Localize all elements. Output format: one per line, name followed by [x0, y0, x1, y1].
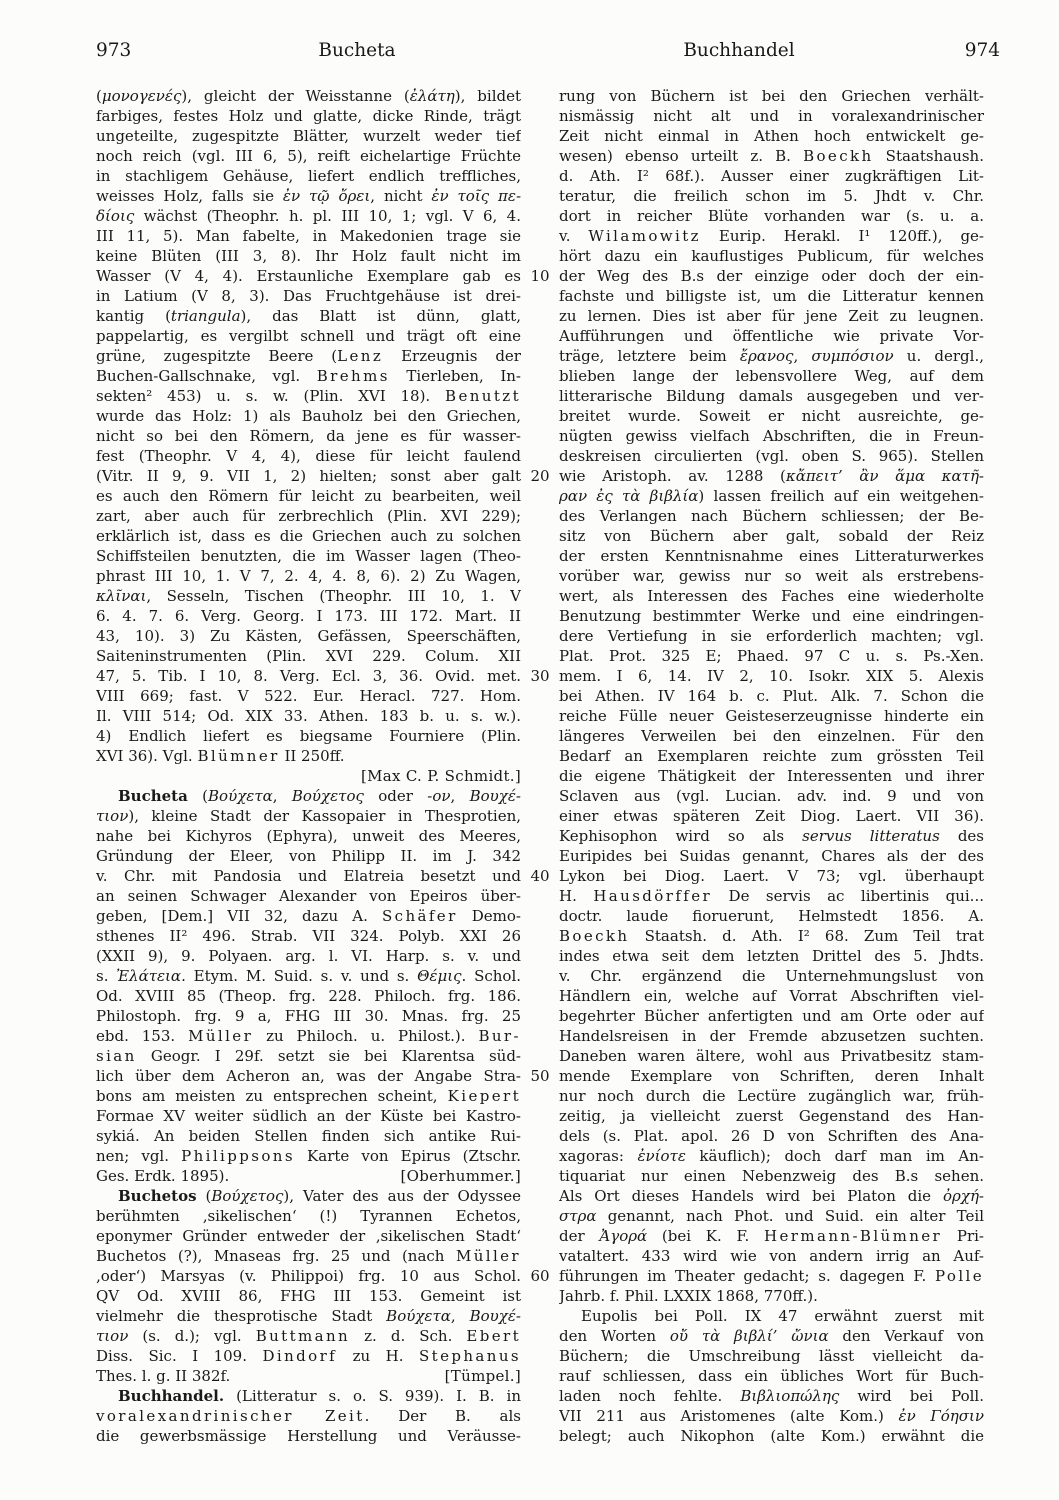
italic-text: ὀρχή-	[943, 1187, 984, 1205]
text-line: lich über dem Acheron an, was der Angabe…	[96, 1066, 521, 1086]
italic-text: Βουχέ-	[470, 1307, 521, 1325]
spaced-name: Boeckh	[559, 927, 629, 945]
text-line: [Max C. P. Schmidt.]	[96, 766, 521, 786]
gutter-line-number: 10	[521, 266, 559, 286]
text-line: indes etwa seit dem letzten Drittel des …	[559, 946, 984, 966]
text-line: Büchern; die Umschreibung lässt vielleic…	[559, 1346, 984, 1366]
gutter-line-number: 50	[521, 1066, 559, 1086]
spaced-name: Müller	[188, 1027, 253, 1045]
text-line: VIII 669; fast. V 522. Eur. Heracl. 727.…	[96, 686, 521, 706]
text-line: στρα genannt, nach Phot. und Suid. ein a…	[559, 1206, 984, 1226]
text-line: Daneben waren ältere, wohl aus Privatbes…	[559, 1046, 984, 1066]
text-line: κλῖναι, Sesseln, Tischen (Theophr. III 1…	[96, 586, 521, 606]
spaced-name: Ebert	[466, 1327, 521, 1345]
text-line: nen; vgl. Philippsons Karte von Epirus (…	[96, 1146, 521, 1166]
text-line: Buchhandel. (Litteratur s. o. S. 939). I…	[96, 1386, 521, 1406]
text-line: wesen) ebenso urteilt z. B. Boeckh Staat…	[559, 146, 984, 166]
text-line: nismässig nicht alt und in voralexandrin…	[559, 106, 984, 126]
text-line: vataltert. 433 wird wie von andern irrig…	[559, 1246, 984, 1266]
author-attribution: [Max C. P. Schmidt.]	[361, 766, 521, 786]
text-line: phrast III 10, 1. V 7, 2. 4, 4. 8, 6). 2…	[96, 566, 521, 586]
text-line: 6. 4. 7. 6. Verg. Georg. I 173. III 172.…	[96, 606, 521, 626]
text-line: [Tümpel.]Thes. l. g. II 382f.	[96, 1366, 521, 1386]
text-line: sykiá. An beiden Stellen finden sich ant…	[96, 1126, 521, 1146]
italic-text: τιον	[96, 1327, 128, 1345]
text-line: berühmten ‚sikelischen‘ (!) Tyrannen Ech…	[96, 1206, 521, 1226]
left-column: (μονογενές), gleicht der Weisstanne (ἐλά…	[96, 86, 521, 1446]
text-line: Boeckh Staatsh. d. Ath. I² 68. Zum Teil …	[559, 926, 984, 946]
text-line: einer etwas späteren Zeit Diog. Laert. V…	[559, 806, 984, 826]
text-line: mende Exemplare von Schriften, deren Inh…	[559, 1066, 984, 1086]
italic-text: Βουχέ-	[470, 787, 521, 805]
text-line: zu lernen. Dies ist aber für jene Zeit z…	[559, 306, 984, 326]
spaced-name: voralexandrinischer Zeit	[96, 1407, 365, 1425]
italic-text: μονογενές	[102, 87, 182, 105]
spaced-name: Bur-	[478, 1027, 521, 1045]
text-line: Buchetos (?), Mnaseas frg. 25 und (nach …	[96, 1246, 521, 1266]
text-line: (μονογενές), gleicht der Weisstanne (ἐλά…	[96, 86, 521, 106]
text-line: 4) Endlich liefert es biegsame Fourniere…	[96, 726, 521, 746]
text-line: QV Od. XVIII 86, FHG III 153. Gemeint is…	[96, 1286, 521, 1306]
text-line: an seinen Schwager Alexander von Epeiros…	[96, 886, 521, 906]
text-line: des Verlangen nach Büchern schliessen; d…	[559, 506, 984, 526]
text-line: τιον), kleine Stadt der Kassopaier in Th…	[96, 806, 521, 826]
text-line: führungen im Theater gedacht; s. dagegen…	[559, 1266, 984, 1286]
running-title-left: Bucheta	[166, 40, 548, 61]
spaced-name: Brehms	[317, 367, 390, 385]
text-line: VII 211 aus Aristomenes (alte Kom.) ἐν Γ…	[559, 1406, 984, 1426]
text-line: in stachligem Gehäuse, liefert endlich t…	[96, 166, 521, 186]
running-header: 973 Bucheta Buchhandel 974	[96, 40, 1000, 66]
italic-text: οὔ τὰ βιβλί’ ὤνια	[670, 1327, 829, 1345]
text-line: rauf schliessen, dass ein übliches Wort …	[559, 1366, 984, 1386]
text-line: Formae XV weiter südlich an der Küste be…	[96, 1106, 521, 1126]
spaced-name: Schäfer	[382, 907, 458, 925]
text-line: sekten² 453) u. s. w. (Plin. XVI 18). Be…	[96, 386, 521, 406]
text-line: xagoras: ἐνίοτε käuflich); doch darf man…	[559, 1146, 984, 1166]
text-line: eponymer Gründer entweder der ‚sikelisch…	[96, 1226, 521, 1246]
text-line: bons am meisten zu entsprechen scheint, …	[96, 1086, 521, 1106]
italic-text: Θέμις	[417, 967, 461, 985]
text-line: längeres Verweilen bei den einzelnen. Fü…	[559, 726, 984, 746]
italic-text: ἐν τοῖς πε-	[431, 187, 521, 205]
text-line: τιον (s. d.); vgl. Buttmann z. d. Sch. E…	[96, 1326, 521, 1346]
text-line: belegt; auch Nikophon (alte Kom.) erwähn…	[559, 1426, 984, 1446]
text-line: vorüber war, gewiss nur so weit als erst…	[559, 566, 984, 586]
text-line: in Latium (V 8, 3). Das Fruchtgehäuse is…	[96, 286, 521, 306]
text-line: die eigene Thätigkeit der Interessenten …	[559, 766, 984, 786]
text-line: III 11, 5). Man fabelte, in Makedonien t…	[96, 226, 521, 246]
text-line: δίοις wächst (Theophr. h. pl. III 10, 1;…	[96, 206, 521, 226]
spaced-name: Philippsons	[181, 1147, 295, 1165]
text-line: der Weg des B.s der einzige oder doch de…	[559, 266, 984, 286]
text-line: nicht so bei den Römern, da jene es für …	[96, 426, 521, 446]
text-line: weisses Holz, falls sie ἐν τῷ ὄρει, nich…	[96, 186, 521, 206]
italic-text: Βούχετος	[211, 1187, 283, 1205]
text-line: Händlern ein, welche auf Vorrat Abschrif…	[559, 986, 984, 1006]
text-line: Buchetos (Βούχετος), Vater des aus der O…	[96, 1186, 521, 1206]
text-line: kantig (triangula), das Blatt ist dünn, …	[96, 306, 521, 326]
column-number-left: 973	[96, 40, 166, 61]
gutter-line-number: 40	[521, 866, 559, 886]
two-column-text-body: (μονογενές), gleicht der Weisstanne (ἐλά…	[96, 86, 1000, 1446]
gutter-line-number: 20	[521, 466, 559, 486]
text-line: zart, aber auch für zerbrechlich (Plin. …	[96, 506, 521, 526]
spaced-name: Buttmann	[256, 1327, 350, 1345]
text-line: 43, 10). 3) Zu Kästen, Gefässen, Speersc…	[96, 626, 521, 646]
italic-text: ἐν Γόησιν	[899, 1407, 984, 1425]
text-line: Jahrb. f. Phil. LXXIX 1868, 770ff.).	[559, 1286, 984, 1306]
italic-text: Βούχετα	[208, 787, 273, 805]
text-line: der ersten Kenntnisnahme eines Litteratu…	[559, 546, 984, 566]
text-line: pappelartig, es vergilbt schnell und trä…	[96, 326, 521, 346]
text-line: doctr. laude fioruerunt, Helmstedt 1856.…	[559, 906, 984, 926]
text-line: erklärlich ist, dass es die Griechen auc…	[96, 526, 521, 546]
text-line: Bucheta (Βούχετα, Βούχετος oder -ον, Βου…	[96, 786, 521, 806]
text-line: den Worten οὔ τὰ βιβλί’ ὤνια den Verkauf…	[559, 1326, 984, 1346]
spaced-name: Hausdörffer	[593, 887, 712, 905]
spaced-name: Lenz	[337, 347, 383, 365]
text-line: fachste und billigste ist, um die Litter…	[559, 286, 984, 306]
italic-text: servus litteratus	[802, 827, 940, 845]
italic-text: ἐνίοτε	[637, 1147, 685, 1165]
text-line: Aufführungen und öffentliche wie private…	[559, 326, 984, 346]
text-line: Schiffsteilen benutzten, die im Wasser l…	[96, 546, 521, 566]
italic-text: Βούχετα	[386, 1307, 451, 1325]
text-line: Diss. Sic. I 109. Dindorf zu H. Stephanu…	[96, 1346, 521, 1366]
text-line: voralexandrinischer Zeit. Der B. als	[96, 1406, 521, 1426]
text-line: XVI 36). Vgl. Blümner II 250ff.	[96, 746, 521, 766]
text-line: die gewerbsmässige Herstellung und Veräu…	[96, 1426, 521, 1446]
running-title-right: Buchhandel	[548, 40, 930, 61]
text-line: mem. I 6, 14. IV 2, 10. Isokr. XIX 5. Al…	[559, 666, 984, 686]
text-line: Wasser (V 4, 4). Erstaunliche Exemplare …	[96, 266, 521, 286]
italic-text: Ἀγορά	[599, 1227, 647, 1245]
text-line: wurde das Holz: 1) als Bauholz bei den G…	[96, 406, 521, 426]
text-line: Plat. Prot. 325 E; Phaed. 97 C u. s. Ps.…	[559, 646, 984, 666]
text-line: (XXII 9), 9. Polyaen. arg. l. VI. Harp. …	[96, 946, 521, 966]
text-line: (Vitr. II 9, 9. VII 1, 2) hielten; sonst…	[96, 466, 521, 486]
text-line: deskreisen circulierten (vgl. oben S. 96…	[559, 446, 984, 466]
text-line: Eupolis bei Poll. IX 47 erwähnt zuerst m…	[559, 1306, 984, 1326]
text-line: breitet wurde. Soweit er nicht ausreicht…	[559, 406, 984, 426]
text-line: [Oberhummer.]Ges. Erdk. 1895).	[96, 1166, 521, 1186]
spaced-name: Hermann-Blümner	[764, 1227, 942, 1245]
text-line: farbiges, festes Holz und glatte, dicke …	[96, 106, 521, 126]
text-line: laden noch fehlte. Βιβλιοπώλης wird bei …	[559, 1386, 984, 1406]
gutter-line-number: 60	[521, 1266, 559, 1286]
entry-headword: Buchhandel.	[118, 1387, 224, 1405]
text-line: s. Ἐλάτεια. Etym. M. Suid. s. v. und s. …	[96, 966, 521, 986]
text-line: nur noch durch die Lectüre zugänglich wa…	[559, 1086, 984, 1106]
text-line: Handelsreisen in der Fremde abzusetzen s…	[559, 1026, 984, 1046]
scanned-encyclopedia-page: 973 Bucheta Buchhandel 974 (μονογενές), …	[0, 0, 1059, 1500]
spaced-name: Müller	[456, 1247, 521, 1265]
text-line: Lykon bei Diog. Laert. V 73; vgl. überha…	[559, 866, 984, 886]
text-line: begehrter Bücher anfertigten und am Orte…	[559, 1006, 984, 1026]
text-line: ‚oder‘) Marsyas (v. Philippoi) frg. 10 a…	[96, 1266, 521, 1286]
spaced-name: Wilamowitz	[588, 227, 701, 245]
text-line: rung von Büchern ist bei den Griechen ve…	[559, 86, 984, 106]
italic-text: Ἐλάτεια	[116, 967, 181, 985]
italic-text: ἐν τῷ ὄρει	[283, 187, 370, 205]
text-line: teratur, die freilich schon im 5. Jhdt v…	[559, 186, 984, 206]
text-line: fest (Theophr. V 4, 4), diese für leicht…	[96, 446, 521, 466]
text-line: grüne, zugespitzte Beere (Lenz Erzeugnis…	[96, 346, 521, 366]
text-line: Philostoph. frg. 9 a, FHG III 30. Mnas. …	[96, 1006, 521, 1026]
italic-text: συμπόσιον	[811, 347, 893, 365]
spaced-name: Blümner	[197, 747, 279, 765]
text-line: dels (s. Plat. apol. 26 D von Schriften …	[559, 1126, 984, 1146]
text-line: blieben lange der lebensvollere Weg, auf…	[559, 366, 984, 386]
spaced-name: Polle	[935, 1267, 984, 1285]
italic-text: ἔρανος	[740, 347, 794, 365]
gutter-line-number: 30	[521, 666, 559, 686]
text-line: nahe bei Kichyros (Ephyra), unweit des M…	[96, 826, 521, 846]
text-line: ungeteilte, zugespitzte Blätter, wurzelt…	[96, 126, 521, 146]
author-attribution: [Tümpel.]	[445, 1366, 521, 1386]
right-column: rung von Büchern ist bei den Griechen ve…	[559, 86, 984, 1446]
text-line: v. Chr. mit Pandosia und Elatreia besetz…	[96, 866, 521, 886]
text-line: Benutzung bestimmter Werke und eine eind…	[559, 606, 984, 626]
text-line: tiquariat nur einen Nebenzweig des B.s s…	[559, 1166, 984, 1186]
text-line: nügten gewiss vielfach Abschriften, die …	[559, 426, 984, 446]
text-line: litterarische Bildung damals ausgegeben …	[559, 386, 984, 406]
text-line: Od. XVIII 85 (Theop. frg. 228. Philoch. …	[96, 986, 521, 1006]
italic-text: -ον	[427, 787, 450, 805]
italic-text: Βούχετος	[292, 787, 364, 805]
text-line: Bedarf an Exemplaren reichte zum grösste…	[559, 746, 984, 766]
italic-text: κλῖναι	[96, 587, 146, 605]
text-line: hört dazu ein kauflustiges Publicum, für…	[559, 246, 984, 266]
text-line: 47, 5. Tib. I 10, 8. Verg. Ecl. 3, 36. O…	[96, 666, 521, 686]
italic-text: ἐλάτη	[410, 87, 455, 105]
text-line: Sclaven aus (vgl. Lucian. adv. ind. 9 un…	[559, 786, 984, 806]
text-line: d. Ath. I² 68f.). Ausser einer zugkräfti…	[559, 166, 984, 186]
text-line: keine Blüten (III 3, 8). Ihr Holz fault …	[96, 246, 521, 266]
text-line: v. Chr. ergänzend die Unternehmungslust …	[559, 966, 984, 986]
author-attribution: [Oberhummer.]	[401, 1166, 522, 1186]
text-line: Als Ort dieses Handels wird bei Platon d…	[559, 1186, 984, 1206]
italic-text: τιον	[96, 807, 128, 825]
text-line: sitz von Büchern aber galt, sobald der R…	[559, 526, 984, 546]
column-number-right: 974	[930, 40, 1000, 61]
text-line: sian Geogr. I 29f. setzt sie bei Klarent…	[96, 1046, 521, 1066]
text-line: Zeit nicht einmal in Athen hoch entwicke…	[559, 126, 984, 146]
entry-headword: Bucheta	[118, 787, 188, 805]
spaced-name: Boeckh	[803, 147, 873, 165]
text-line: wie Aristoph. av. 1288 (κἄπειτ’ ἂν ἅμα κ…	[559, 466, 984, 486]
italic-text: στρα	[559, 1207, 597, 1225]
spaced-name: Stephanus	[419, 1347, 521, 1365]
text-line: Kephisophon wird so als servus litteratu…	[559, 826, 984, 846]
text-line: zeitig, ja vielleicht zuerst Gegenstand …	[559, 1106, 984, 1126]
italic-text: Βιβλιοπώλης	[740, 1387, 839, 1405]
text-line: Il. VIII 514; Od. XIX 33. Athen. 183 b. …	[96, 706, 521, 726]
text-line: träge, letztere beim ἔρανος, συμπόσιον u…	[559, 346, 984, 366]
text-line: ebd. 153. Müller zu Philoch. u. Philost.…	[96, 1026, 521, 1046]
text-line: dort in reicher Blüte vorhanden war (s. …	[559, 206, 984, 226]
text-line: reiche Fülle neuer Geisteserzeugnisse hi…	[559, 706, 984, 726]
text-line: der Ἀγορά (bei K. F. Hermann-Blümner Pri…	[559, 1226, 984, 1246]
text-line: dere Vertiefung in sie erforderlich mach…	[559, 626, 984, 646]
text-line: Buchen-Gallschnake, vgl. Brehms Tierlebe…	[96, 366, 521, 386]
text-line: bei Athen. IV 164 b. c. Plut. Alk. 7. Sc…	[559, 686, 984, 706]
spaced-name: sian	[96, 1047, 137, 1065]
text-line: v. Wilamowitz Eurip. Herakl. I¹ 120ff.),…	[559, 226, 984, 246]
text-line: Saiteninstrumenten (Plin. XVI 229. Colum…	[96, 646, 521, 666]
italic-text: ραν ἐς τὰ βιβλία	[559, 487, 698, 505]
spaced-name: Benutzt	[445, 387, 521, 405]
italic-text: δίοις	[96, 207, 134, 225]
text-line: wert, als Interessen des Faches eine wie…	[559, 586, 984, 606]
text-line: sthenes II² 496. Strab. VII 324. Polyb. …	[96, 926, 521, 946]
text-line: Gründung der Eleer, von Philipp II. im J…	[96, 846, 521, 866]
spaced-name: Kiepert	[448, 1087, 521, 1105]
line-number-gutter: 102030405060	[521, 86, 559, 1446]
spaced-name: Dindorf	[262, 1347, 337, 1365]
text-line: geben, [Dem.] VII 32, dazu A. Schäfer De…	[96, 906, 521, 926]
entry-headword: Buchetos	[118, 1187, 197, 1205]
text-line: noch reich (vgl. III 6, 5), reift eichel…	[96, 146, 521, 166]
text-line: ραν ἐς τὰ βιβλία) lassen freilich auf ei…	[559, 486, 984, 506]
text-line: vielmehr die thesprotische Stadt Βούχετα…	[96, 1306, 521, 1326]
text-line: es auch den Römern für leicht zu bearbei…	[96, 486, 521, 506]
text-line: H. Hausdörffer De servis ac libertinis q…	[559, 886, 984, 906]
italic-text: triangula	[171, 307, 241, 325]
italic-text: κἄπειτ’ ἂν ἅμα κατῆ-	[786, 467, 984, 485]
text-line: Euripides bei Suidas genannt, Chares als…	[559, 846, 984, 866]
